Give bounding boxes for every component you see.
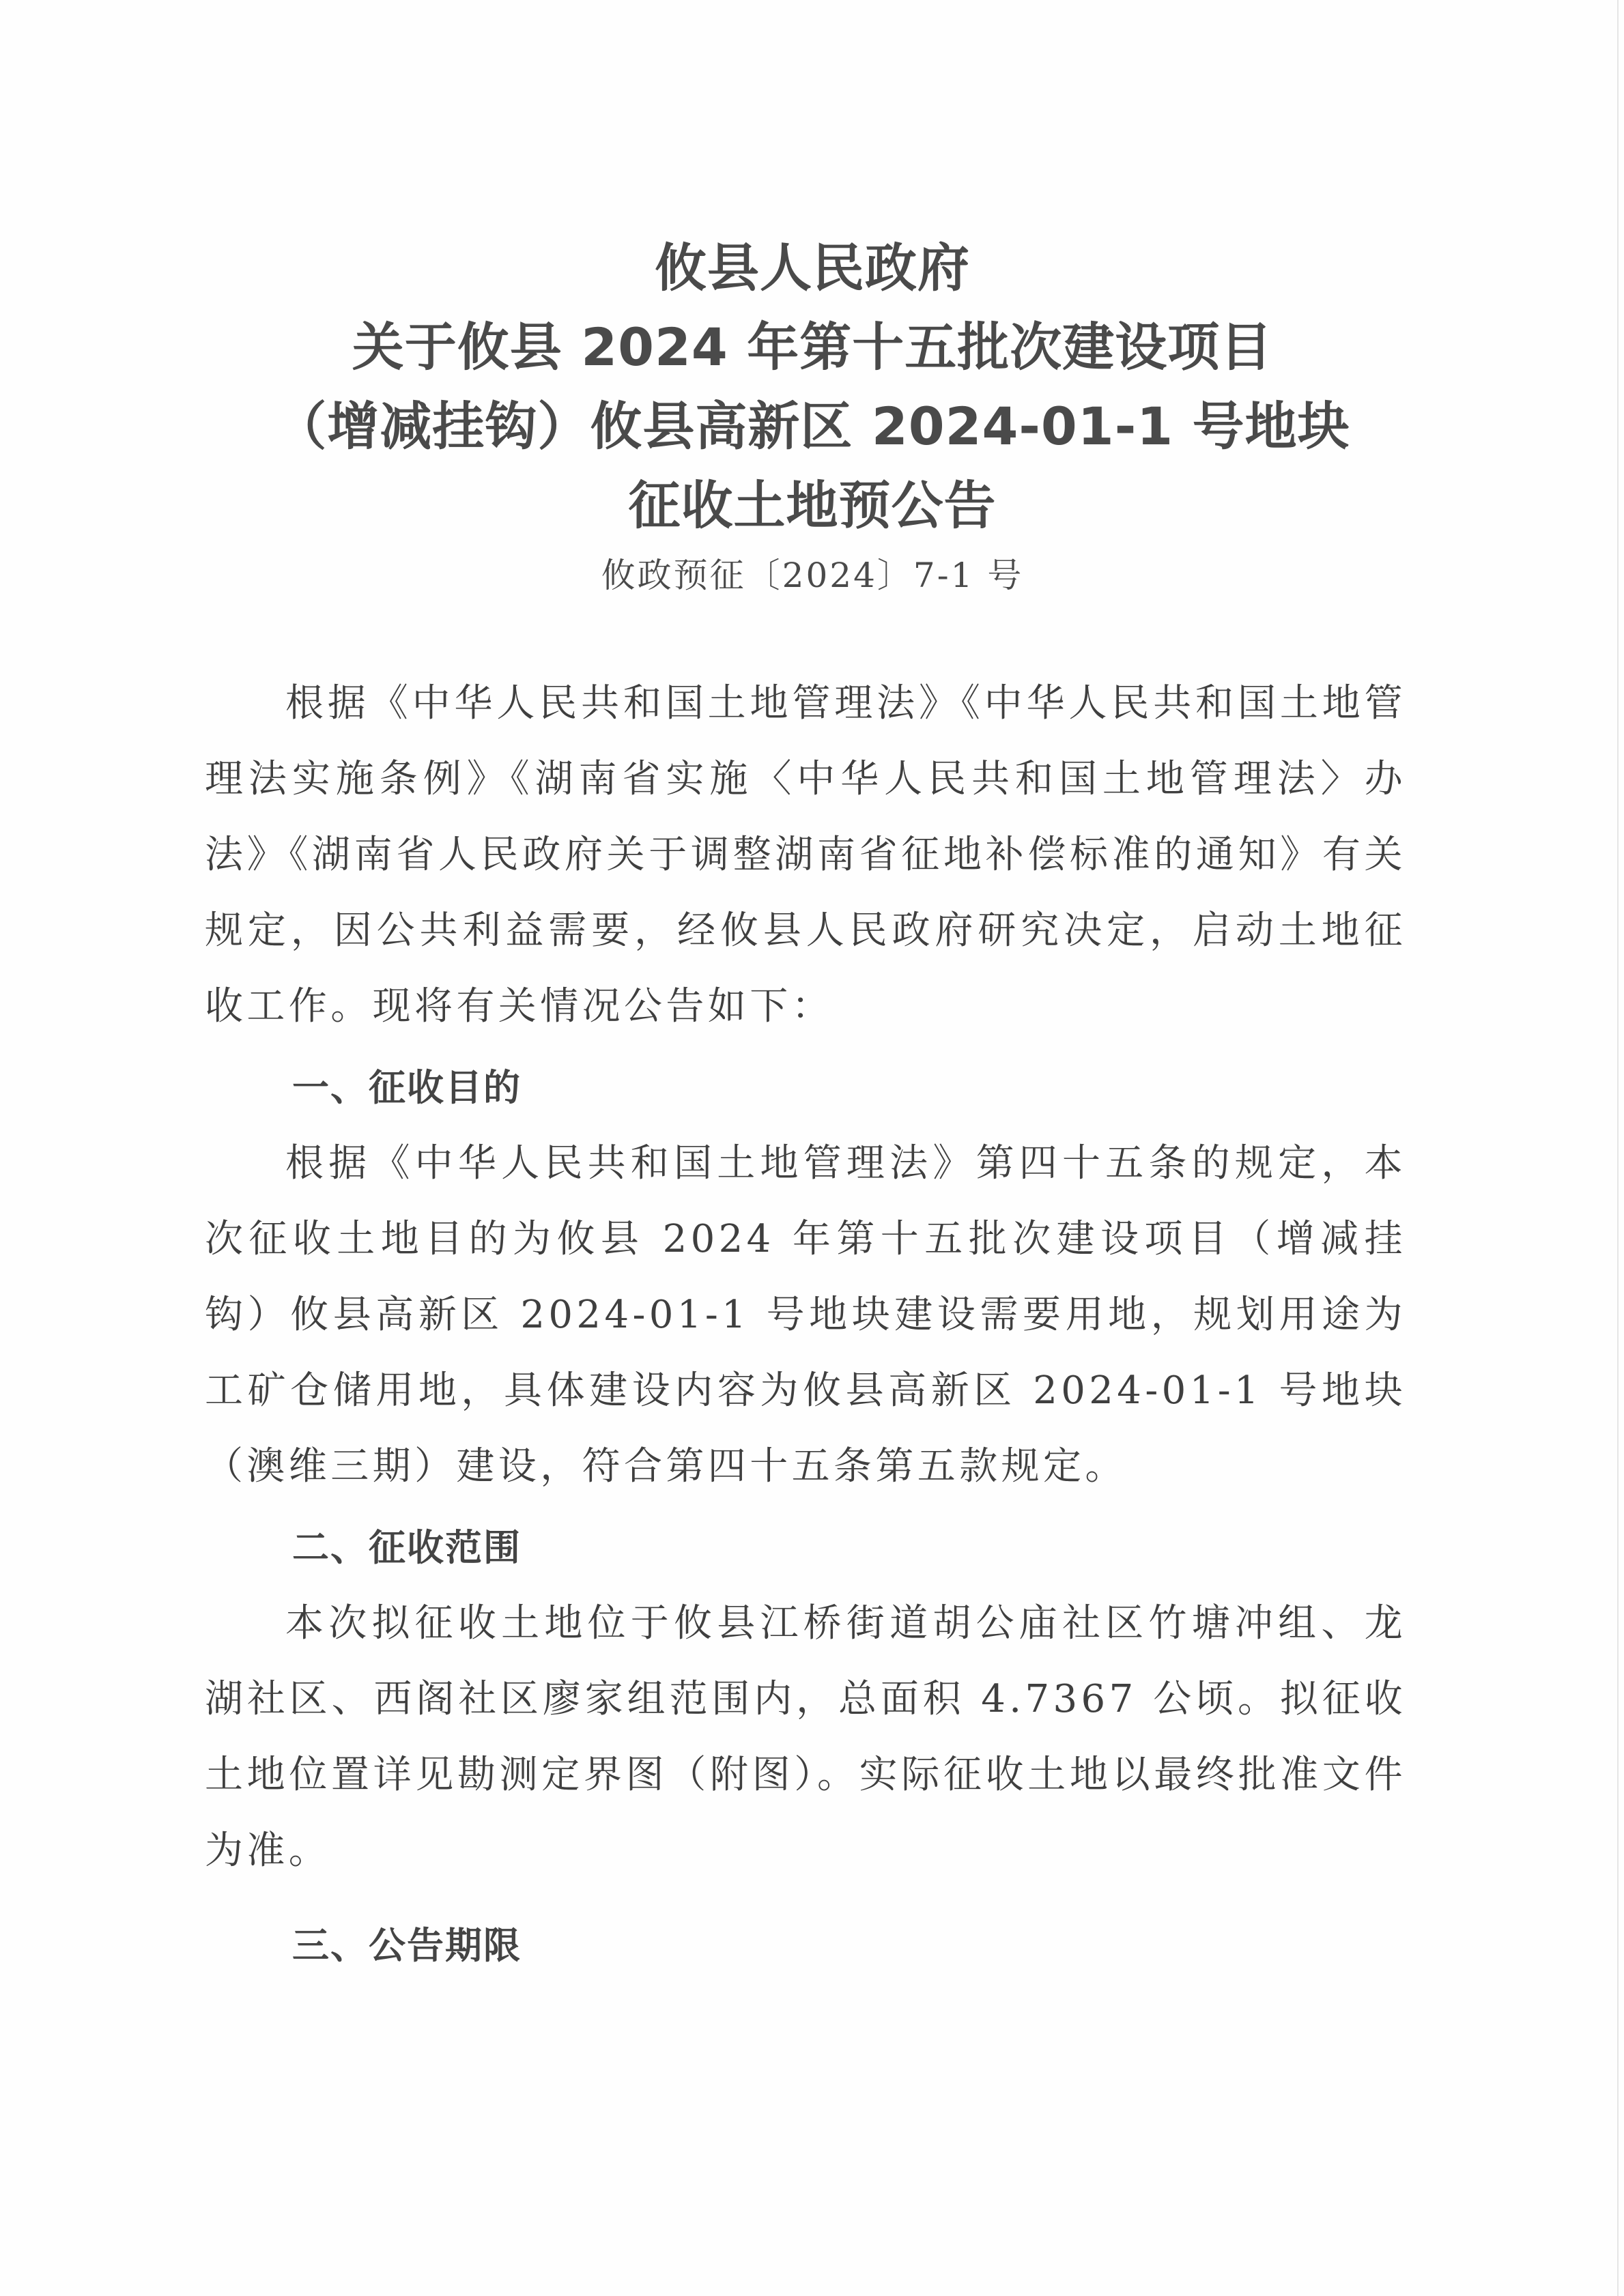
document-page: 攸县人民政府 关于攸县 2024 年第十五批次建设项目 （增减挂钩）攸县高新区 … — [0, 0, 1624, 2296]
title-line-project: 关于攸县 2024 年第十五批次建设项目 — [205, 308, 1420, 387]
spacer — [205, 1044, 1406, 1050]
section-paragraph-purpose: 根据《中华人民共和国土地管理法》第四十五条的规定，本次征收土地目的为攸县 202… — [205, 1125, 1406, 1504]
spacer — [205, 1504, 1406, 1510]
intro-paragraph: 根据《中华人民共和国土地管理法》《中华人民共和国土地管理法实施条例》《湖南省实施… — [205, 665, 1406, 1044]
section-heading-notice-period: 三、公告期限 — [205, 1908, 1406, 1983]
title-line-parcel: （增减挂钩）攸县高新区 2024-01-1 号地块 — [205, 387, 1420, 466]
section-heading-purpose: 一、征收目的 — [205, 1050, 1406, 1125]
document-body: 根据《中华人民共和国土地管理法》《中华人民共和国土地管理法实施条例》《湖南省实施… — [205, 665, 1406, 1983]
spacer — [205, 1889, 1406, 1908]
document-number: 攸政预征〔2024〕7-1 号 — [205, 551, 1420, 599]
document-title: 攸县人民政府 关于攸县 2024 年第十五批次建设项目 （增减挂钩）攸县高新区 … — [205, 229, 1420, 545]
section-paragraph-scope: 本次拟征收土地位于攸县江桥街道胡公庙社区竹塘冲组、龙湖社区、西阁社区廖家组范围内… — [205, 1585, 1406, 1889]
title-line-issuer: 攸县人民政府 — [205, 229, 1420, 308]
scan-edge-line — [1617, 0, 1619, 2296]
title-line-notice-type: 征收土地预公告 — [205, 466, 1420, 545]
section-heading-scope: 二、征收范围 — [205, 1510, 1406, 1585]
